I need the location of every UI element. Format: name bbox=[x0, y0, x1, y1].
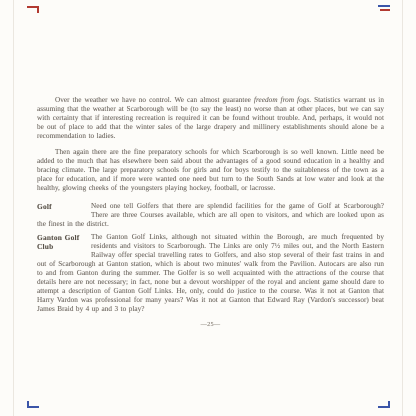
sidehead-golf: Golf bbox=[37, 202, 91, 220]
section-golf: Golf Need one tell Golfers that there ar… bbox=[37, 202, 384, 229]
paragraph-weather: Over the weather we have no control. We … bbox=[37, 96, 384, 141]
corner-mark-red-bar bbox=[380, 9, 390, 11]
weather-text-pre: Over the weather we have no control. We … bbox=[55, 96, 254, 104]
section-ganton: Ganton Golf Club The Ganton Golf Links, … bbox=[37, 233, 384, 314]
corner-mark-bottom-right-icon bbox=[378, 401, 390, 408]
page-number: —25— bbox=[37, 320, 384, 329]
sidehead-ganton: Ganton Golf Club bbox=[37, 233, 91, 260]
corner-mark-top-left-icon bbox=[27, 6, 39, 13]
paragraph-schools: Then again there are the fine preparator… bbox=[37, 148, 384, 193]
corner-mark-top-right-icon bbox=[378, 5, 390, 13]
corner-mark-bottom-left-icon bbox=[27, 401, 39, 408]
page-content: Over the weather we have no control. We … bbox=[37, 96, 384, 329]
page-edge-left bbox=[13, 0, 14, 416]
corner-mark-blue-bar bbox=[378, 5, 390, 7]
page-edge-right bbox=[402, 0, 403, 416]
scanned-page: Over the weather we have no control. We … bbox=[0, 0, 416, 416]
italic-phrase: freedom from fogs bbox=[254, 96, 309, 104]
